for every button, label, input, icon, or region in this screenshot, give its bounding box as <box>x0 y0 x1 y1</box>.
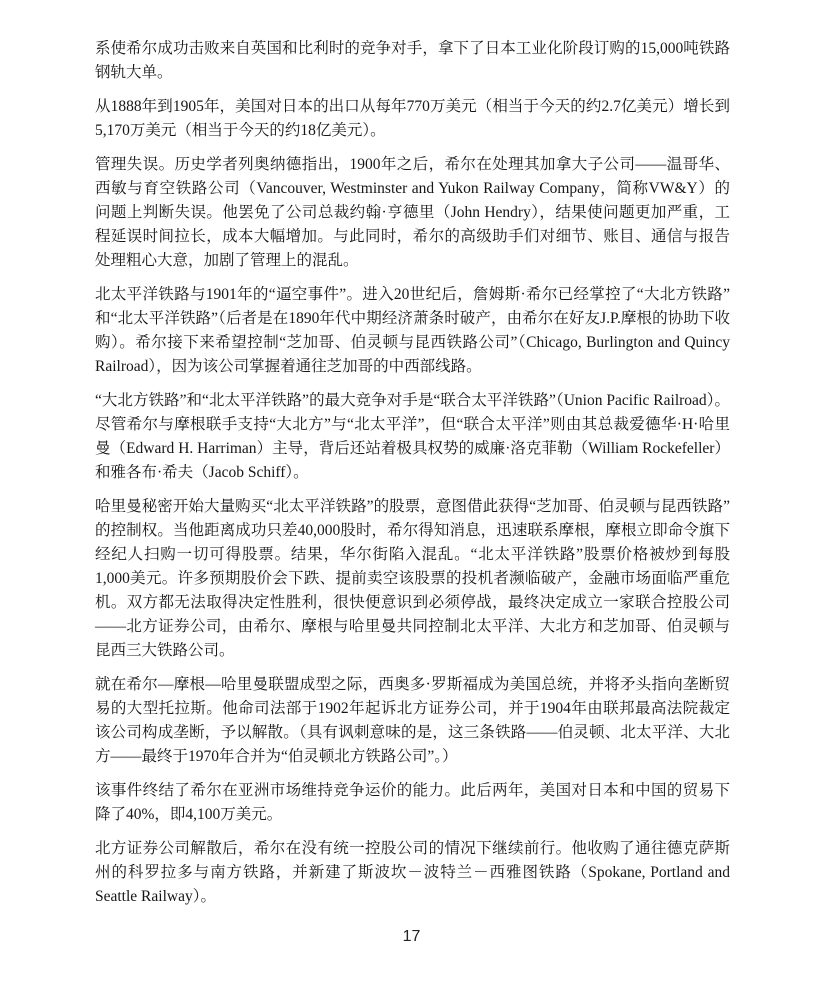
paragraph-7: 就在希尔—摩根—哈里曼联盟成型之际，西奥多·罗斯福成为美国总统，并将矛头指向垄断… <box>95 673 730 769</box>
document-page: 系使希尔成功击败来自英国和比利时的竞争对手，拿下了日本工业化阶段订购的15,00… <box>0 0 823 1000</box>
body-text: 系使希尔成功击败来自英国和比利时的竞争对手，拿下了日本工业化阶段订购的15,00… <box>95 37 730 909</box>
paragraph-3: 管理失误。历史学者列奥纳德指出，1900年之后，希尔在处理其加拿大子公司——温哥… <box>95 153 730 273</box>
paragraph-5: “大北方铁路”和“北太平洋铁路”的最大竞争对手是“联合太平洋铁路”（Union … <box>95 389 730 485</box>
paragraph-8: 该事件终结了希尔在亚洲市场维持竞争运价的能力。此后两年，美国对日本和中国的贸易下… <box>95 779 730 827</box>
page-number: 17 <box>0 928 823 946</box>
paragraph-2: 从1888年到1905年，美国对日本的出口从每年770万美元（相当于今天的约2.… <box>95 95 730 143</box>
paragraph-4: 北太平洋铁路与1901年的“逼空事件”。进入20世纪后，詹姆斯·希尔已经掌控了“… <box>95 283 730 379</box>
paragraph-9: 北方证券公司解散后，希尔在没有统一控股公司的情况下继续前行。他收购了通往德克萨斯… <box>95 837 730 909</box>
paragraph-6: 哈里曼秘密开始大量购买“北太平洋铁路”的股票，意图借此获得“芝加哥、伯灵顿与昆西… <box>95 495 730 663</box>
paragraph-1: 系使希尔成功击败来自英国和比利时的竞争对手，拿下了日本工业化阶段订购的15,00… <box>95 37 730 85</box>
